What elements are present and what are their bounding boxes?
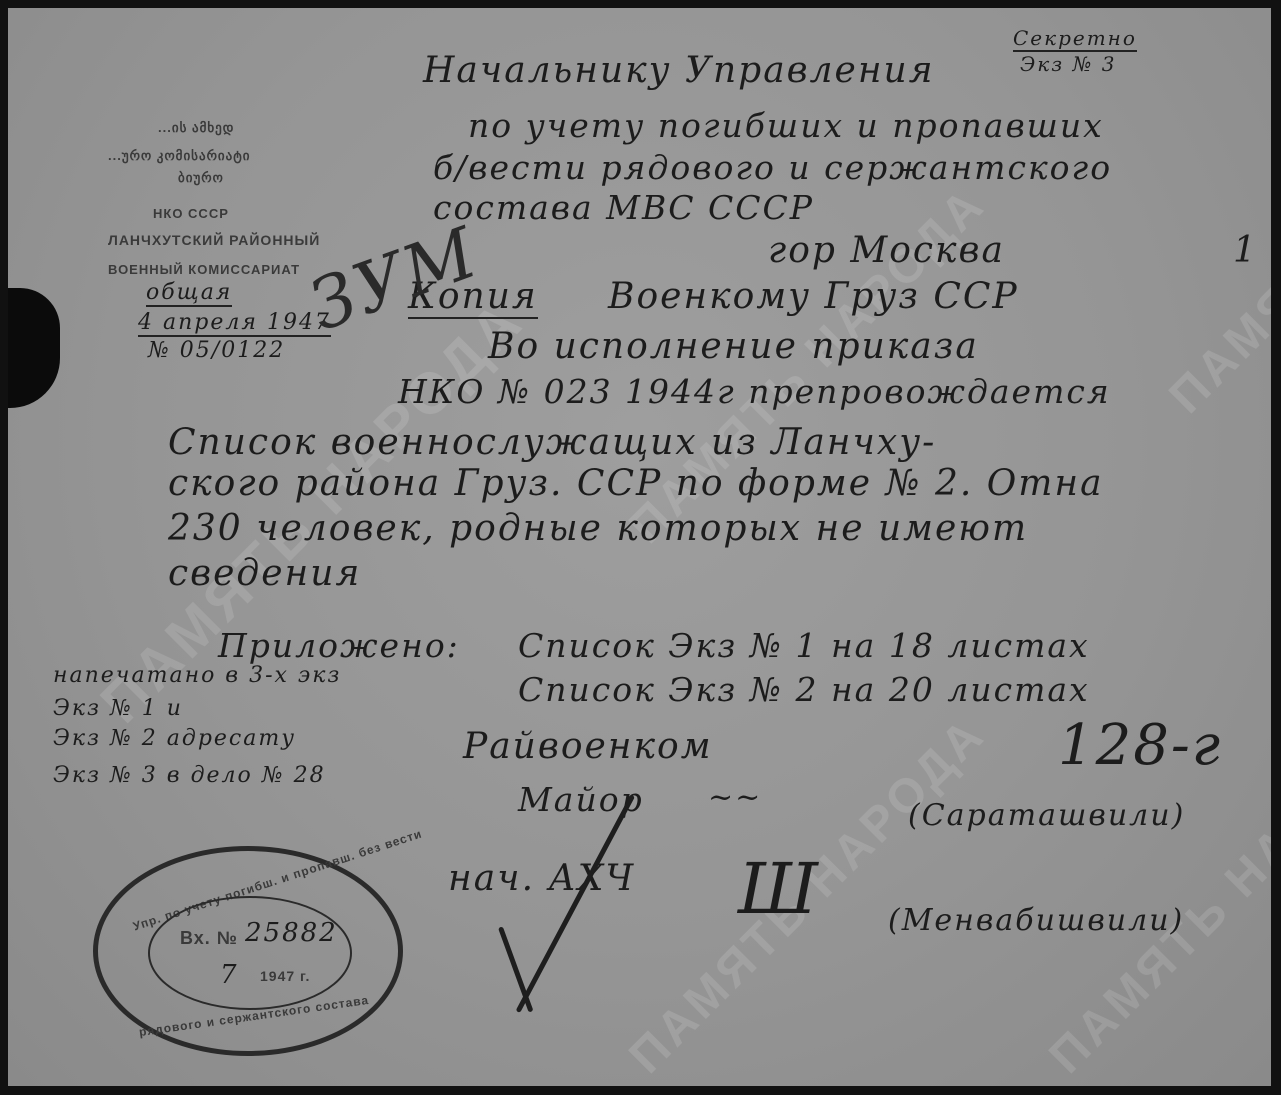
distribution-note: Экз № 2 адресату xyxy=(53,726,296,751)
torn-edge xyxy=(8,288,60,408)
stamp-line: ბიურო xyxy=(178,170,224,186)
incoming-stamp: Упр. по учету погибш. и пропавш. без вес… xyxy=(93,846,403,1056)
addressee-line: состава МВС СССР xyxy=(433,188,814,227)
distribution-note: напечатано в 3-х экз xyxy=(53,663,341,688)
enclosure-item: Список Экз № 2 на 20 листах xyxy=(518,670,1090,709)
body-line: 230 человек, родные которых не имеют xyxy=(168,508,1028,549)
copy-number: Экз № 3 xyxy=(1020,52,1117,76)
check-mark xyxy=(516,794,635,1013)
body-line: Список военнослужащих из Ланчху- xyxy=(168,422,936,463)
body-line: НКО № 023 1944г препровождается xyxy=(398,372,1111,411)
stamp-line: НКО СССР xyxy=(153,206,229,221)
stamp-number: 25882 xyxy=(245,918,338,948)
enclosure-item: Список Экз № 1 на 18 листах xyxy=(518,626,1090,665)
stamp-year: 1947 г. xyxy=(260,968,310,984)
body-line: ского района Груз. ССР по форме № 2. Отн… xyxy=(168,463,1104,504)
signature-org: Райвоенком xyxy=(463,726,713,767)
stamp-inner: Вх. № 25882 7 1947 г. xyxy=(148,896,352,1010)
stamp-date: 4 апреля 1947 xyxy=(138,310,331,337)
stamp-line: ЛАНЧХУТСКИЙ РАЙОННЫЙ xyxy=(108,232,320,248)
addressee-line: б/вести рядового и сержантского xyxy=(433,148,1112,187)
margin-number: 128-г xyxy=(1058,713,1222,778)
body-line: Во исполнение приказа xyxy=(488,326,979,367)
stamp-dept: общая xyxy=(146,280,232,307)
enclosure-label: Приложено: xyxy=(218,626,460,665)
addressee-line: по учету погибших и пропавших xyxy=(468,106,1104,145)
stamp-date: 7 xyxy=(220,960,239,990)
stamp-label: Вх. № xyxy=(180,928,238,949)
distribution-note: Экз № 3 в дело № 28 xyxy=(53,763,326,788)
document-sheet: ПАМЯТЬ НАРОДА ПАМЯТЬ НАРОДА ПАМЯТЬ НАРОД… xyxy=(8,8,1271,1086)
stamp-line: ВОЕННЫЙ КОМИССАРИАТ xyxy=(108,262,300,277)
copy-recipient: Военкому Груз ССР xyxy=(608,276,1019,317)
stamp-line: ...ის ამხედ xyxy=(158,120,234,136)
signature-scrawl: Ш xyxy=(738,848,820,930)
signer1-name: (Сараташвили) xyxy=(908,798,1185,833)
distribution-note: Экз № 1 и xyxy=(53,696,183,721)
signature-title2: нач. АХЧ xyxy=(448,858,635,899)
signature-scrawl: ~~ xyxy=(708,780,762,815)
annotation-top-right: 1 xyxy=(1233,230,1258,271)
classification-mark: Секретно xyxy=(1013,26,1137,52)
stamp-line: ...ურო კომისარიატი xyxy=(108,148,250,164)
addressee-city: гор Москва xyxy=(768,230,1005,271)
check-mark xyxy=(498,926,533,1012)
stamp-number: № 05/0122 xyxy=(148,338,285,363)
addressee-line: Начальнику Управления xyxy=(423,50,935,91)
body-line: сведения xyxy=(168,553,361,594)
signer2-name: (Менвабишвили) xyxy=(888,903,1184,938)
